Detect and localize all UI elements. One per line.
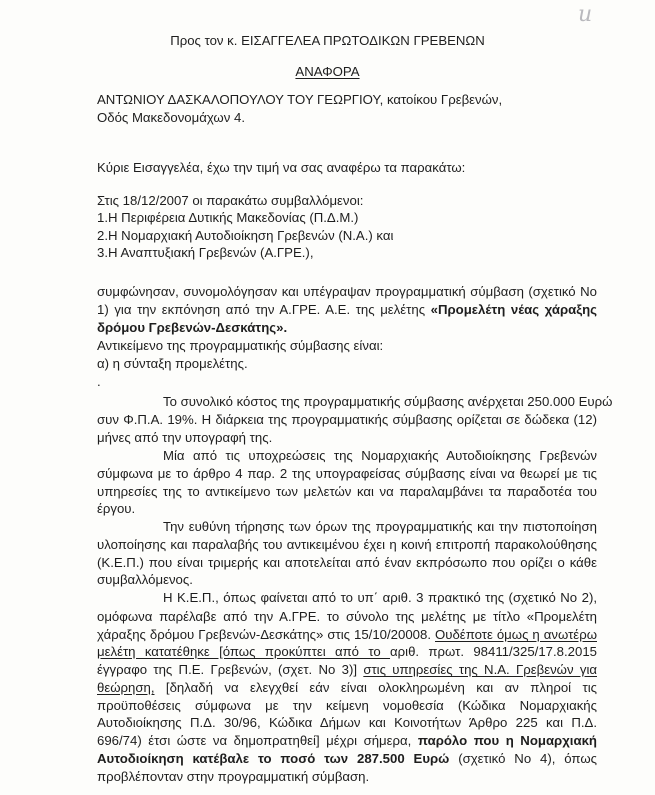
handwritten-mark: u (578, 2, 592, 27)
kep-line: χάραξης δρόμου Γρεβενών-Δεσκάτης» στις 1… (97, 626, 597, 643)
obligation-line: υπηρεσίες της το αντικείμενο των μελετών… (97, 483, 597, 500)
kep-text: 696/74) έτσι ώστε να δημοπρατηθεί] μέχρι… (97, 733, 418, 748)
study-title-bold: δρόμου Γρεβενών-Δεσκάτης». (97, 320, 287, 335)
committee-line: Την ευθύνη τήρησης των όρων της προγραμμ… (97, 518, 597, 535)
kep-line: 696/74) έτσι ώστε να δημοπρατηθεί] μέχρι… (97, 732, 597, 749)
bold-text: παρόλο που η Νομαρχιακή (418, 733, 597, 748)
agreement-object: Αντικείμενο της προγραμματικής σύμβασης … (97, 337, 597, 354)
kep-text: (σχετικό Νο 4), όπως (449, 751, 597, 766)
underlined-text: Ουδέποτε όμως η ανωτέρω (435, 627, 597, 642)
agreement-object-item: α) η σύνταξη προμελέτης. (97, 355, 597, 372)
kep-line: έγγραφο της Π.Ε. Γρεβενών, (σχετ. Νο 3)]… (97, 661, 597, 678)
bold-text: Αυτοδιοίκηση κατέβαλε το ποσό των 287.50… (97, 751, 449, 766)
underlined-text: θεώρηση, (97, 680, 154, 695)
kep-line: προϋποθέσεις σύμφωνα με την κείμενη νομο… (97, 697, 597, 714)
study-title-bold: «Προμελέτη νέας χάραξης (431, 302, 597, 317)
committee-line: (Κ.Ε.Π.) που είναι τριμερής και αποτελεί… (97, 554, 597, 571)
sender-line-2: Οδός Μακεδονομάχων 4. (97, 109, 597, 126)
cost-line: μήνες από την υπογραφή της. (97, 429, 597, 446)
kep-line: Αυτοδιοίκηση κατέβαλε το ποσό των 287.50… (97, 750, 597, 767)
kep-line: Η Κ.Ε.Π., όπως φαίνεται από το υπ΄ αριθ.… (97, 589, 597, 606)
agreement-line: συμφώνησαν, συνομολόγησαν και υπέγραψαν … (97, 283, 597, 300)
kep-text: [δηλαδή να ελεγχθεί εάν είναι ολοκληρωμέ… (154, 680, 597, 695)
obligation-line: έργου. (97, 500, 597, 517)
kep-text: αριθ. πρωτ. 98411/325/17.8.2015 (390, 644, 597, 659)
salutation: Κύριε Εισαγγελέα, έχω την τιμή να σας αν… (97, 159, 597, 176)
cost-line: Το συνολικό κόστος της προγραμματικής σύ… (97, 393, 597, 410)
cost-line: συν Φ.Π.Α. 19%. Η διάρκεια της προγραμμα… (97, 411, 597, 428)
kep-line: προβλέπονταν στην προγραμματική σύμβαση. (97, 768, 597, 785)
stray-dot: . (97, 373, 597, 390)
document-page: u Προς τον κ. ΕΙΣΑΓΓΕΛΕΑ ΠΡΩΤΟΔΙΚΩΝ ΓΡΕΒ… (0, 0, 655, 795)
kep-line: μελέτη κατατέθηκε [όπως προκύπτει από το… (97, 643, 597, 660)
kep-line: ομόφωνα παρέλαβε από την Α.ΓΡΕ. το σύνολ… (97, 608, 597, 625)
sender-line-1: ΑΝΤΩΝΙΟΥ ΔΑΣΚΑΛΟΠΟΥΛΟΥ ΤΟΥ ΓΕΩΡΓΙΟΥ, κατ… (97, 91, 597, 108)
kep-text: χάραξης δρόμου Γρεβενών-Δεσκάτης» στις 1… (97, 627, 435, 642)
underlined-text: στις υπηρεσίες της Ν.Α. Γρεβενών για (363, 662, 597, 677)
committee-line: υλοποίησης και παραλαβής του αντικειμένο… (97, 536, 597, 553)
addressee: Προς τον κ. ΕΙΣΑΓΓΕΛΕΑ ΠΡΩΤΟΔΙΚΩΝ ΓΡΕΒΕΝ… (0, 32, 655, 49)
parties-intro: Στις 18/12/2007 οι παρακάτω συμβαλλόμενο… (97, 192, 597, 209)
agreement-text: 1) για την εκπόνηση από την Α.ΓΡΕ. Α.Ε. … (97, 302, 431, 317)
party-item: 3.Η Αναπτυξιακή Γρεβενών (Α.ΓΡΕ.), (97, 244, 597, 261)
kep-text: έγγραφο της Π.Ε. Γρεβενών, (σχετ. Νο 3)] (97, 662, 363, 677)
kep-line: Αυτοδιοίκησης Π.Δ. 30/96, Κώδικα Δήμων κ… (97, 714, 597, 731)
kep-line: θεώρηση, [δηλαδή να ελεγχθεί εάν είναι ο… (97, 679, 597, 696)
party-item: 1.Η Περιφέρεια Δυτικής Μακεδονίας (Π.Δ.Μ… (97, 209, 597, 226)
party-item: 2.Η Νομαρχιακή Αυτοδιοίκηση Γρεβενών (Ν.… (97, 227, 597, 244)
underlined-text: μελέτη κατατέθηκε [όπως προκύπτει από το (97, 644, 390, 659)
obligation-line: Μία από τις υποχρεώσεις της Νομαρχιακής … (97, 447, 597, 464)
committee-line: συμβαλλόμενος. (97, 571, 597, 588)
document-title: ΑΝΑΦΟΡΑ (0, 63, 655, 80)
agreement-line: 1) για την εκπόνηση από την Α.ΓΡΕ. Α.Ε. … (97, 301, 597, 318)
obligation-line: σύμφωνα με το άρθρο 4 παρ. 2 της υπογραφ… (97, 465, 597, 482)
